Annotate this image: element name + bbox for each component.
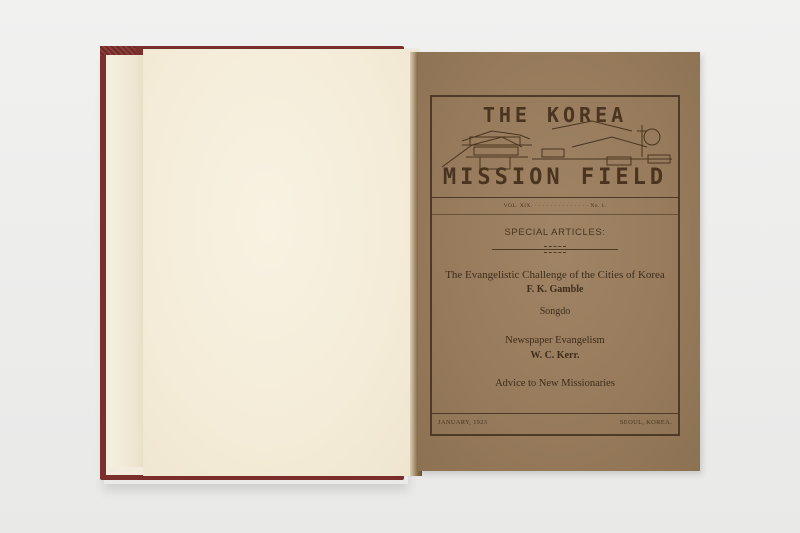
article-2-title: Newspaper Evangelism — [432, 335, 678, 346]
cover-border-frame: THE KOREA MISSION FIELD VOL. XIX. · · · … — [430, 95, 680, 436]
article-2-author: W. C. Kerr. — [432, 350, 678, 361]
masthead-title-bottom: MISSION FIELD — [432, 165, 678, 190]
ornament-flourish-icon — [544, 246, 566, 253]
article-3-title: Advice to New Missionaries — [432, 378, 678, 389]
article-1-title: The Evangelistic Challenge of the Cities… — [432, 269, 678, 281]
article-1-author: F. K. Gamble — [432, 284, 678, 295]
footer-place: SEOUL, KOREA. — [620, 419, 672, 426]
masthead: THE KOREA MISSION FIELD — [432, 97, 678, 199]
volume-line: VOL. XIX. · · · · · · · · · · · · · · No… — [434, 203, 676, 209]
article-1-place: Songdo — [432, 306, 678, 317]
footer-rule — [432, 413, 678, 414]
blank-endpaper-leaf — [143, 49, 418, 476]
magazine-cover: THE KOREA MISSION FIELD VOL. XIX. · · · … — [418, 52, 700, 471]
masthead-title-top: THE KOREA — [432, 103, 678, 127]
masthead-rule — [432, 197, 678, 198]
endpaper-fold — [110, 55, 146, 467]
section-heading: SPECIAL ARTICLES: — [432, 227, 678, 238]
volume-rule — [432, 214, 678, 215]
footer-date: JANUARY, 1923 — [438, 419, 487, 426]
